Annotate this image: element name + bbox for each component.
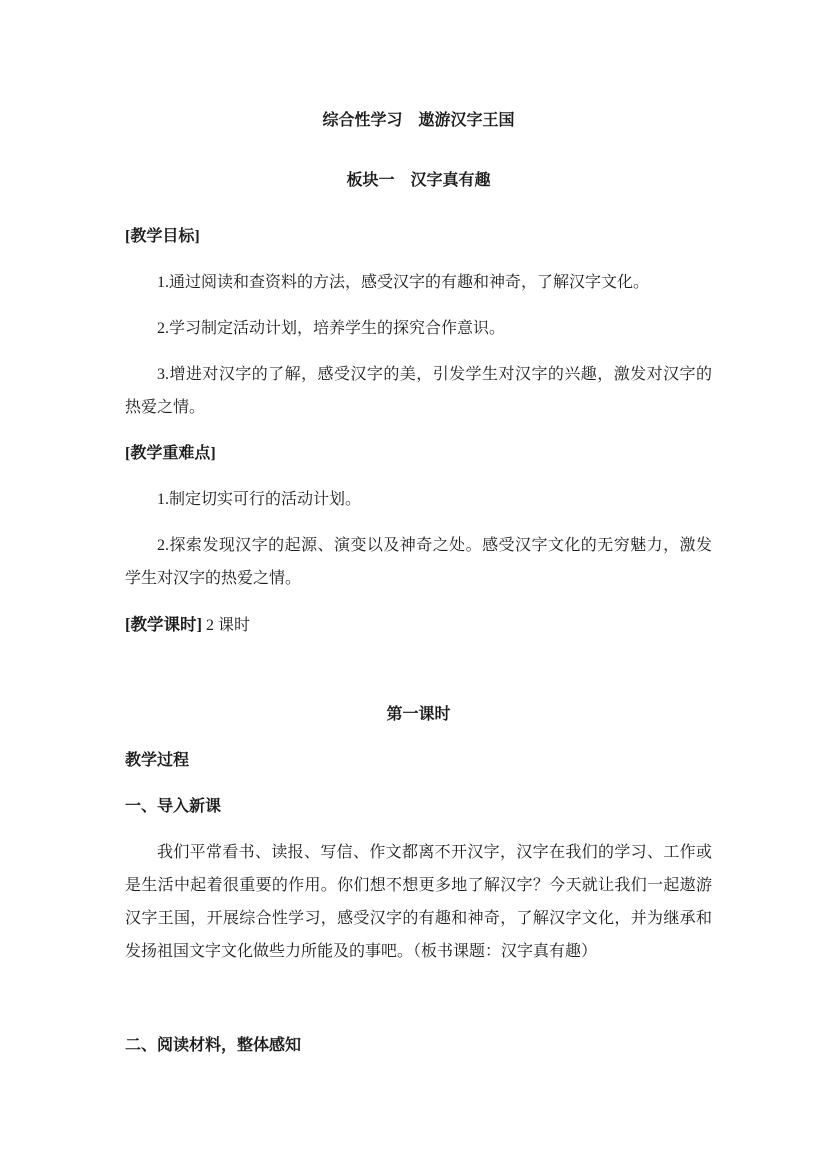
key-point-item-1: 1.制定切实可行的活动计划。: [125, 483, 712, 516]
document-subtitle: 板块一 汉字真有趣: [125, 164, 712, 197]
section-heading-teaching-process: 教学过程: [125, 744, 712, 777]
section-heading-teaching-objectives: [教学目标]: [125, 220, 712, 253]
teaching-hours-line: [教学课时]2 课时: [125, 608, 712, 642]
teaching-hours-value: 2 课时: [206, 617, 250, 634]
section-heading-step2-reading: 二、阅读材料，整体感知: [125, 1029, 712, 1062]
document-page: 综合性学习 遨游汉字王国 板块一 汉字真有趣 [教学目标] 1.通过阅读和查资料…: [0, 0, 827, 1169]
section-heading-step1-introduce: 一、导入新课: [125, 790, 712, 823]
document-title: 综合性学习 遨游汉字王国: [125, 104, 712, 137]
objective-item-2: 2.学习制定活动计划，培养学生的探究合作意识。: [125, 312, 712, 345]
lesson-period-title: 第一课时: [125, 698, 712, 731]
key-point-item-2: 2.探索发现汉字的起源、演变以及神奇之处。感受汉字文化的无穷魅力，激发学生对汉字…: [125, 529, 712, 595]
objective-item-1: 1.通过阅读和查资料的方法，感受汉字的有趣和神奇，了解汉字文化。: [125, 266, 712, 299]
section-heading-key-points: [教学重难点]: [125, 437, 712, 470]
teaching-hours-label: [教学课时]: [125, 615, 202, 634]
step1-paragraph: 我们平常看书、读报、写信、作文都离不开汉字，汉字在我们的学习、工作或是生活中起着…: [125, 836, 712, 968]
objective-item-3: 3.增进对汉字的了解，感受汉字的美，引发学生对汉字的兴趣，激发对汉字的热爱之情。: [125, 358, 712, 424]
